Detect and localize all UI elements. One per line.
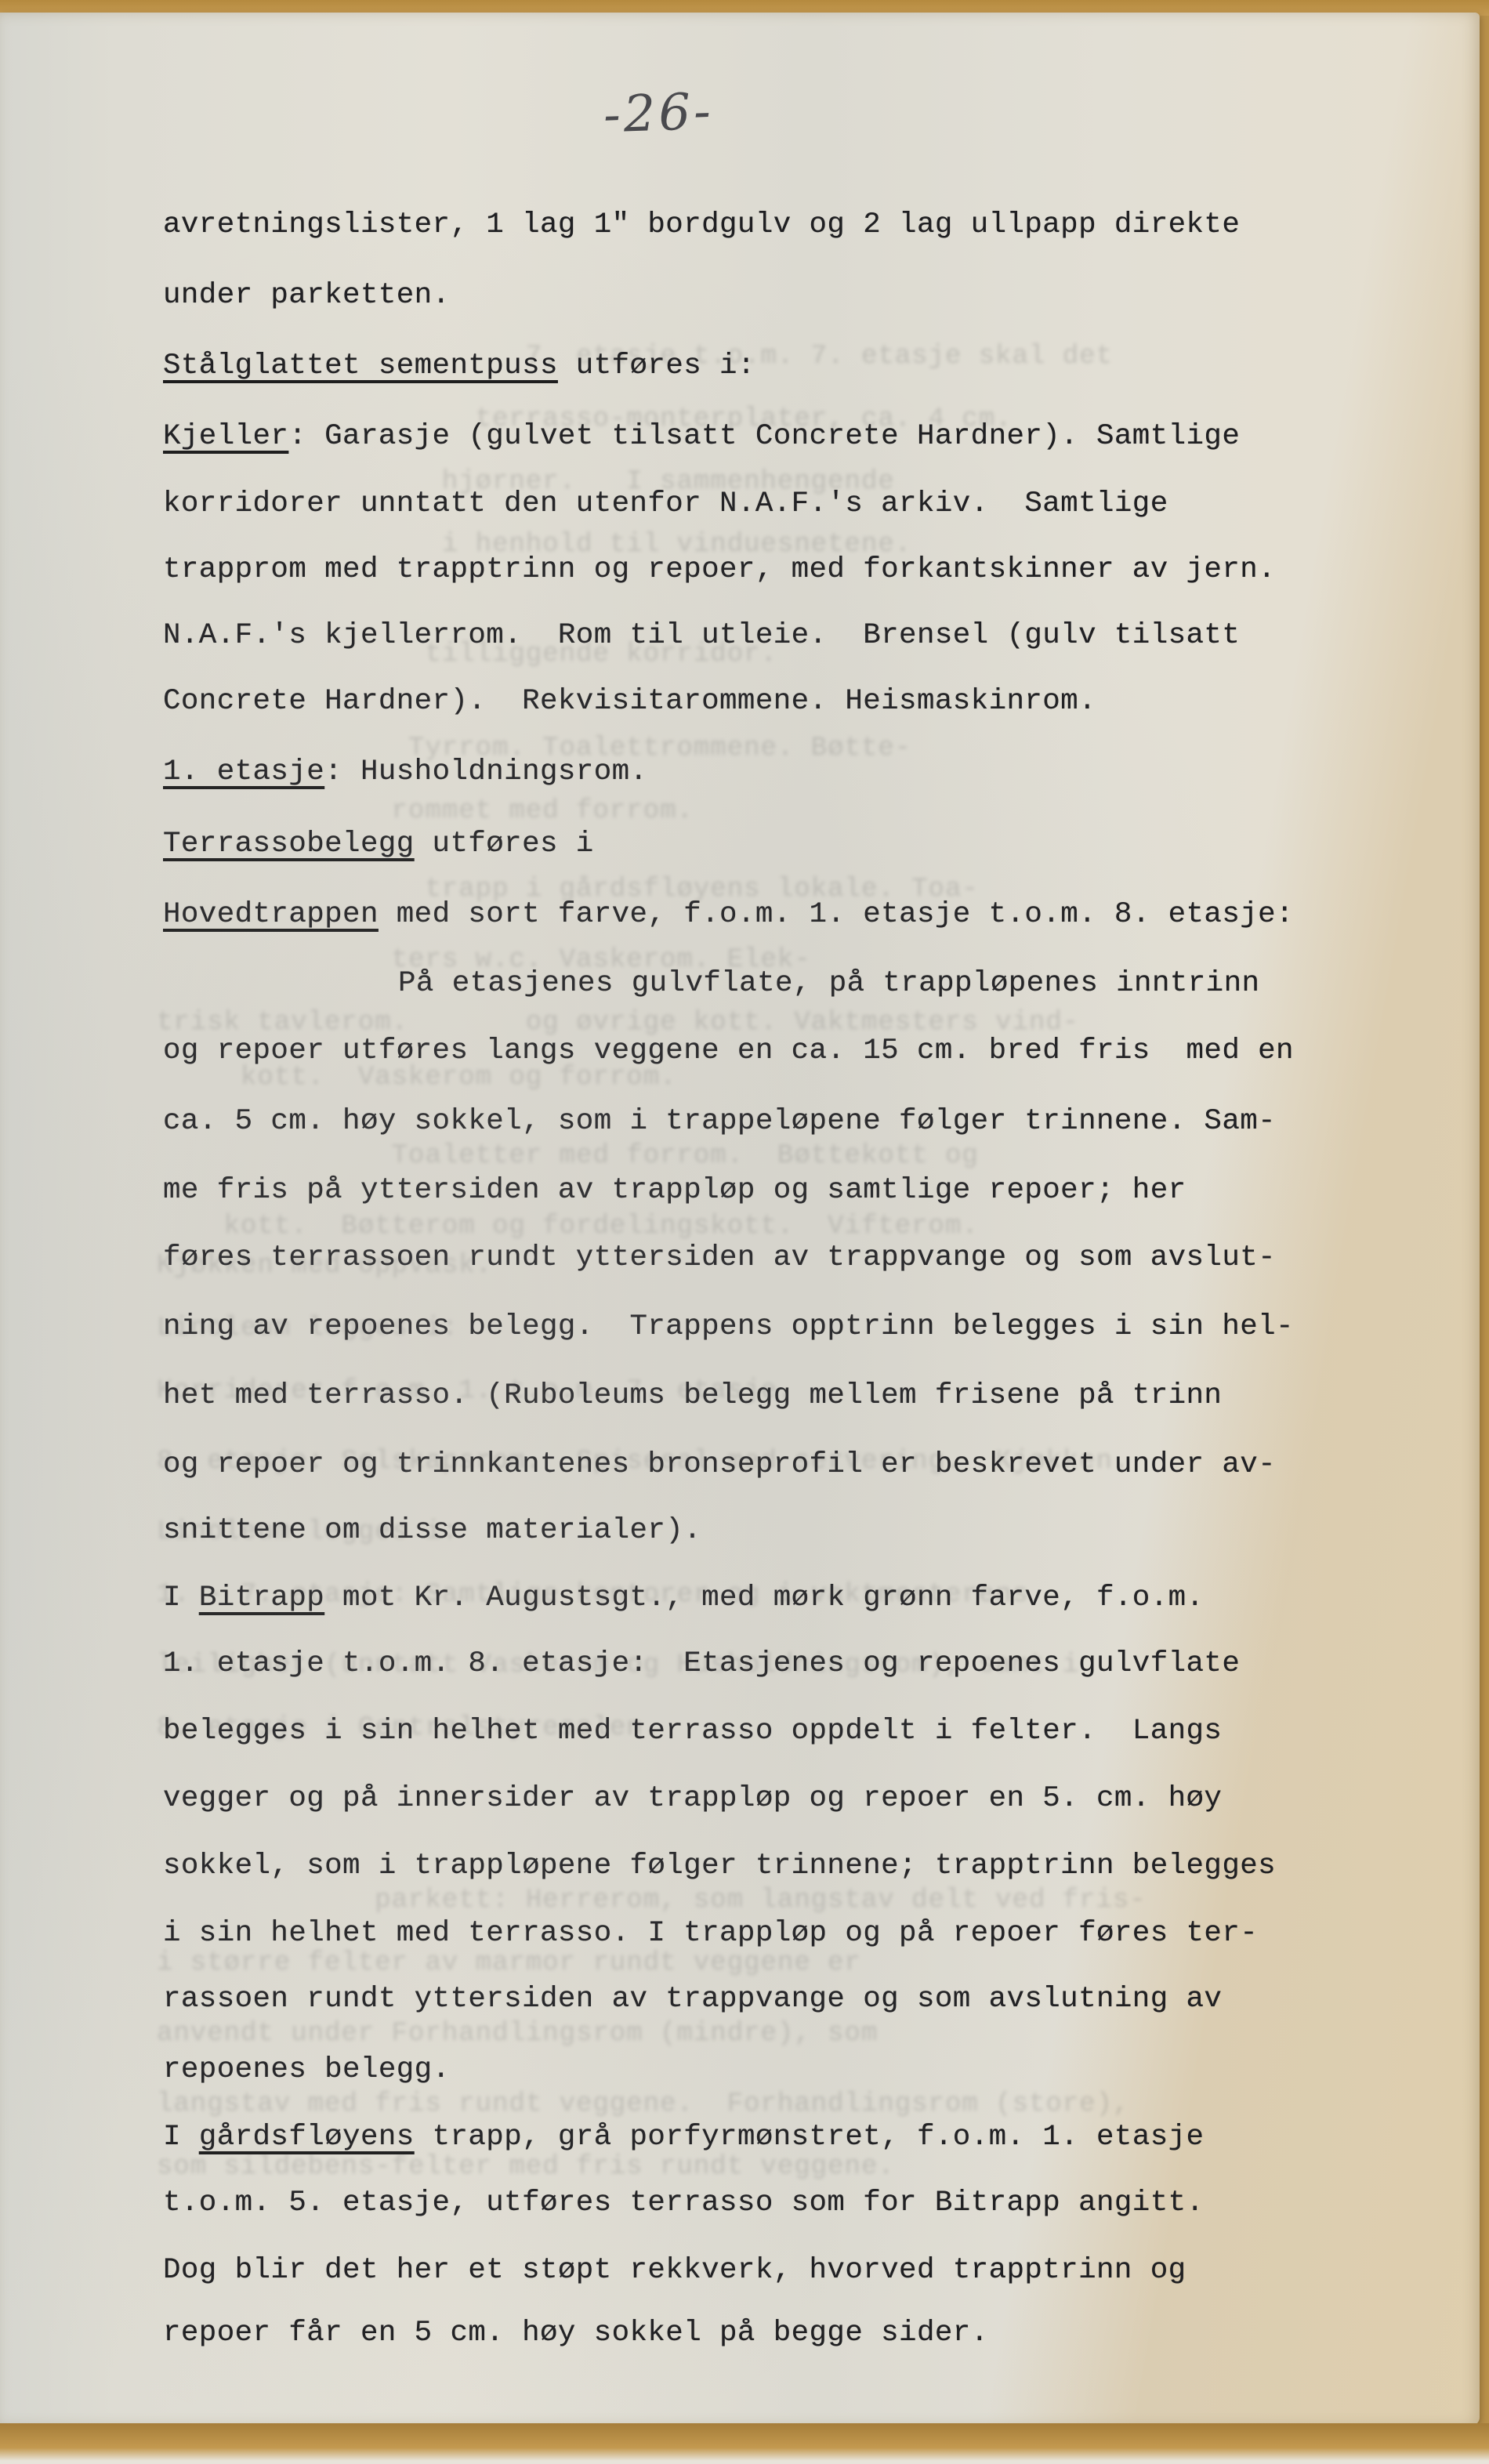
text-line: og repoer og trinnkantenes bronseprofil …	[163, 1448, 1276, 1481]
text-segment: : Garasje (gulvet tilsatt Concrete Hardn…	[288, 420, 1240, 453]
underlined-heading: Terrassobelegg	[163, 828, 415, 861]
text-segment: repoenes belegg.	[163, 2053, 450, 2086]
underlined-heading: Kjeller	[163, 420, 288, 453]
text-line: belegges i sin helhet med terrasso oppde…	[163, 1715, 1222, 1748]
text-line: På etasjenes gulvflate, på trappløpenes …	[163, 967, 1259, 1000]
underlined-heading: 1. etasje	[163, 756, 324, 788]
text-segment: repoer får en 5 cm. høy sokkel på begge …	[163, 2317, 989, 2350]
text-line: vegger og på innersider av trappløp og r…	[163, 1782, 1222, 1815]
text-line: Terrassobelegg utføres i	[163, 828, 594, 861]
text-segment: utføres i:	[558, 350, 755, 382]
text-line: Concrete Hardner). Rekvisitarommene. Hei…	[163, 685, 1096, 718]
text-segment: På etasjenes gulvflate, på trappløpenes …	[398, 967, 1259, 1000]
text-line: 1. etasje: Husholdningsrom.	[163, 756, 647, 788]
text-line: trapprom med trapptrinn og repoer, med f…	[163, 553, 1276, 586]
underlined-heading: gårdsfløyens	[199, 2121, 415, 2154]
text-segment: I	[163, 1582, 199, 1614]
text-line: I gårdsfløyens trapp, grå porfyrmønstret…	[163, 2121, 1204, 2154]
text-segment: sokkel, som i trappløpene følger trinnen…	[163, 1850, 1276, 1882]
text-line: føres terrassoen rundt yttersiden av tra…	[163, 1241, 1276, 1274]
text-line: 1. etasje t.o.m. 8. etasje: Etasjenes og…	[163, 1647, 1240, 1680]
text-segment: utføres i	[415, 828, 594, 861]
show-through-line: som sildebens-felter med fris rundt vegg…	[157, 2152, 895, 2182]
show-through-line: langstav med fris rundt veggene. Forhand…	[157, 2089, 1129, 2119]
text-line: snittene om disse materialer).	[163, 1514, 701, 1547]
underlined-heading: Hovedtrappen	[163, 898, 379, 931]
text-segment: me fris på yttersiden av trappløp og sam…	[163, 1174, 1186, 1207]
text-line: Kjeller: Garasje (gulvet tilsatt Concret…	[163, 420, 1240, 453]
text-line: me fris på yttersiden av trappløp og sam…	[163, 1174, 1186, 1207]
text-segment: ca. 5 cm. høy sokkel, som i trappeløpene…	[163, 1105, 1276, 1138]
text-segment: vegger og på innersider av trappløp og r…	[163, 1782, 1222, 1815]
text-line: i sin helhet med terrasso. I trappløp og…	[163, 1917, 1258, 1950]
text-line: rassoen rundt yttersiden av trappvange o…	[163, 1983, 1222, 2016]
text-line: korridorer unntatt den utenfor N.A.F.'s …	[163, 487, 1168, 520]
text-segment: t.o.m. 5. etasje, utføres terrasso som f…	[163, 2187, 1204, 2219]
show-through-line: rommet med forrom.	[157, 796, 694, 826]
text-segment: og repoer og trinnkantenes bronseprofil …	[163, 1448, 1276, 1481]
text-line: ning av repoenes belegg. Trappens opptri…	[163, 1310, 1294, 1343]
show-through-line: trisk tavlerom. og øvrige kott. Vaktmest…	[157, 1008, 1079, 1038]
text-line: repoer får en 5 cm. høy sokkel på begge …	[163, 2317, 989, 2350]
text-line: t.o.m. 5. etasje, utføres terrasso som f…	[163, 2187, 1204, 2219]
text-segment: N.A.F.'s kjellerrom. Rom til utleie. Bre…	[163, 619, 1240, 652]
text-segment: : Husholdningsrom.	[324, 756, 647, 788]
text-line: I Bitrapp mot Kr. Augustsgt., med mørk g…	[163, 1582, 1204, 1614]
text-segment: føres terrassoen rundt yttersiden av tra…	[163, 1241, 1276, 1274]
text-segment: 1. etasje t.o.m. 8. etasje: Etasjenes og…	[163, 1647, 1240, 1680]
text-line: avretningslister, 1 lag 1" bordgulv og 2…	[163, 208, 1240, 241]
text-line: Stålglattet sementpuss utføres i:	[163, 350, 755, 382]
text-segment: snittene om disse materialer).	[163, 1514, 701, 1547]
text-segment: Dog blir det her et støpt rekkverk, hvor…	[163, 2254, 1186, 2287]
text-line: Hovedtrappen med sort farve, f.o.m. 1. e…	[163, 898, 1294, 931]
text-segment: korridorer unntatt den utenfor N.A.F.'s …	[163, 487, 1168, 520]
underlined-heading: Stålglattet sementpuss	[163, 350, 558, 382]
show-through-line: anvendt under Forhandlingsrom (mindre), …	[157, 2019, 878, 2049]
text-segment: trapp, grå porfyrmønstret, f.o.m. 1. eta…	[415, 2121, 1205, 2154]
text-segment: i sin helhet med terrasso. I trappløp og…	[163, 1917, 1258, 1950]
text-line: sokkel, som i trappløpene følger trinnen…	[163, 1850, 1276, 1882]
text-segment: belegges i sin helhet med terrasso oppde…	[163, 1715, 1222, 1748]
text-line: ca. 5 cm. høy sokkel, som i trappeløpene…	[163, 1105, 1276, 1138]
text-segment: I	[163, 2121, 199, 2154]
text-segment: og repoer utføres langs veggene en ca. 1…	[163, 1035, 1294, 1067]
text-segment: under parketten.	[163, 279, 450, 312]
show-through-line: Toaletter med forrom. Bøttekott og	[157, 1141, 979, 1171]
show-through-line: kott. Bøtterom og fordelingskott. Vifter…	[157, 1212, 979, 1241]
text-segment: ning av repoenes belegg. Trappens opptri…	[163, 1310, 1294, 1343]
text-segment: med sort farve, f.o.m. 1. etasje t.o.m. …	[379, 898, 1294, 931]
text-segment: Concrete Hardner). Rekvisitarommene. Hei…	[163, 685, 1096, 718]
folder-edge-bottom	[0, 2423, 1489, 2464]
text-segment: trapprom med trapptrinn og repoer, med f…	[163, 553, 1276, 586]
text-line: Dog blir det her et støpt rekkverk, hvor…	[163, 2254, 1186, 2287]
text-segment: avretningslister, 1 lag 1" bordgulv og 2…	[163, 208, 1240, 241]
show-through-line: parkett: Herrerom, som langstav delt ved…	[157, 1886, 1147, 1915]
underlined-heading: Bitrapp	[199, 1582, 324, 1614]
text-line: het med terrasso. (Ruboleums belegg mell…	[163, 1379, 1222, 1412]
page-number: -26-	[603, 83, 715, 145]
text-segment: mot Kr. Augustsgt., med mørk grønn farve…	[324, 1582, 1204, 1614]
text-line: N.A.F.'s kjellerrom. Rom til utleie. Bre…	[163, 619, 1240, 652]
text-segment: rassoen rundt yttersiden av trappvange o…	[163, 1983, 1222, 2016]
show-through-line: i større felter av marmor rundt veggene …	[157, 1948, 861, 1978]
text-line: under parketten.	[163, 279, 450, 312]
text-line: repoenes belegg.	[163, 2053, 450, 2086]
text-line: og repoer utføres langs veggene en ca. 1…	[163, 1035, 1294, 1067]
typewritten-page: -26- 7. etasje t.o.m. 7. etasje skal det…	[0, 13, 1480, 2426]
text-segment: het med terrasso. (Ruboleums belegg mell…	[163, 1379, 1222, 1412]
